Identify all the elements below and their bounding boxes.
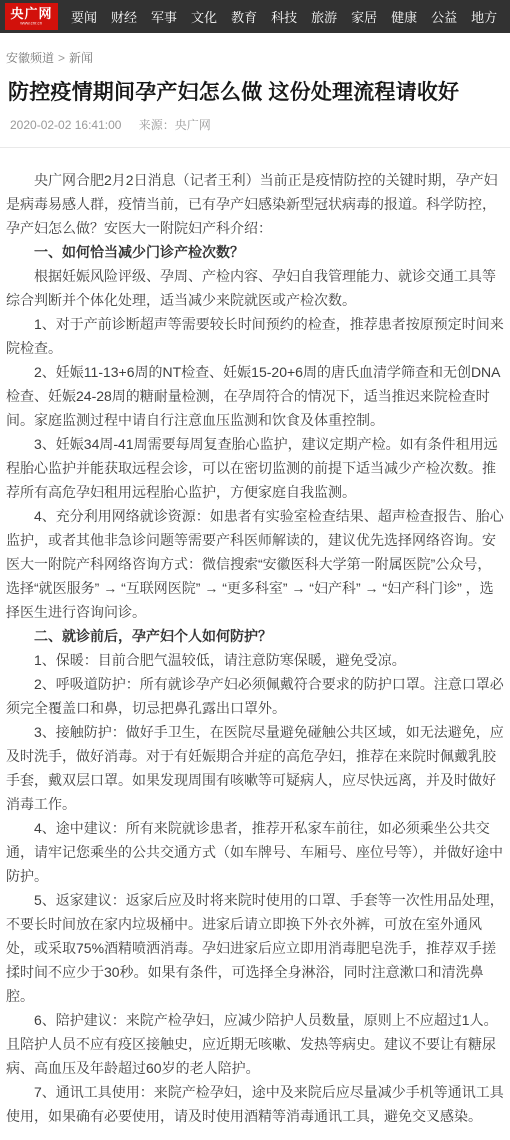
breadcrumb-separator: > xyxy=(58,51,65,65)
title-divider xyxy=(0,147,510,148)
article-paragraph: 央广网合肥2月2日消息（记者王利）当前正是疫情防控的关键时期，孕产妇是病毒易感人… xyxy=(6,168,504,240)
top-nav-bar: 央广网 www.cnr.cn 要闻财经军事文化教育科技旅游家居健康公益地方民族 xyxy=(0,0,510,33)
site-logo[interactable]: 央广网 www.cnr.cn xyxy=(5,3,58,30)
article-paragraph: 5、返家建议：返家后应及时将来院时使用的口罩、手套等一次性用品处理，不要长时间放… xyxy=(6,888,504,1008)
site-logo-url: www.cnr.cn xyxy=(21,21,43,25)
nav-item-1[interactable]: 要闻 xyxy=(71,7,97,26)
section-heading: 一、如何恰当减少门诊产检次数？ xyxy=(6,240,504,264)
breadcrumb-section[interactable]: 新闻 xyxy=(69,51,93,65)
article-paragraph: 2、妊娠11-13+6周的NT检查、妊娠15-20+6周的唐氏血清学筛查和无创D… xyxy=(6,360,504,432)
article-title: 防控疫情期间孕产妇怎么做 这份处理流程请收好 xyxy=(8,79,502,107)
nav-item-8[interactable]: 家居 xyxy=(351,7,377,26)
nav-item-10[interactable]: 公益 xyxy=(431,7,457,26)
nav-item-11[interactable]: 地方 xyxy=(471,7,497,26)
article-meta: 2020-02-02 16:41:00 来源：央广网 xyxy=(10,116,510,133)
article-paragraph: 1、对于产前诊断超声等需要较长时间预约的检查，推荐患者按原预定时间来院检查。 xyxy=(6,312,504,360)
article-paragraph: 根据妊娠风险评级、孕周、产检内容、孕妇自我管理能力、就诊交通工具等综合判断并个体… xyxy=(6,264,504,312)
site-logo-text: 央广网 xyxy=(10,7,52,21)
article-body: 央广网合肥2月2日消息（记者王利）当前正是疫情防控的关键时期，孕产妇是病毒易感人… xyxy=(0,156,510,1140)
breadcrumb-channel[interactable]: 安徽频道 xyxy=(6,51,54,65)
article-date: 2020-02-02 16:41:00 xyxy=(10,118,121,132)
article-paragraph: 4、充分利用网络就诊资源：如患者有实验室检查结果、超声检查报告、胎心监护，或者其… xyxy=(6,504,504,624)
article-paragraph: 2、呼吸道防护：所有就诊孕产妇必须佩戴符合要求的防护口罩。注意口罩必须完全覆盖口… xyxy=(6,672,504,720)
section-heading: 二、就诊前后，孕产妇个人如何防护？ xyxy=(6,624,504,648)
article-source: 来源：央广网 xyxy=(139,118,211,132)
article-paragraph: 7、通讯工具使用：来院产检孕妇，途中及来院后应尽量减少手机等通讯工具使用，如果确… xyxy=(6,1080,504,1128)
nav-item-4[interactable]: 文化 xyxy=(191,7,217,26)
article-paragraph: 1、保暖：目前合肥气温较低，请注意防寒保暖，避免受凉。 xyxy=(6,648,504,672)
nav-item-9[interactable]: 健康 xyxy=(391,7,417,26)
breadcrumb: 安徽频道>新闻 xyxy=(6,49,510,66)
nav-item-7[interactable]: 旅游 xyxy=(311,7,337,26)
nav-item-6[interactable]: 科技 xyxy=(271,7,297,26)
article-paragraph: 3、妊娠34周-41周需要每周复查胎心监护，建议定期产检。如有条件租用远程胎心监… xyxy=(6,432,504,504)
article-paragraph: 3、接触防护：做好手卫生，在医院尽量避免碰触公共区域，如无法避免，应及时洗手，做… xyxy=(6,720,504,816)
article-paragraph: 6、陪护建议：来院产检孕妇，应减少陪护人员数量，原则上不应超过1人。且陪护人员不… xyxy=(6,1008,504,1080)
main-nav: 要闻财经军事文化教育科技旅游家居健康公益地方民族 xyxy=(71,7,510,26)
nav-item-5[interactable]: 教育 xyxy=(231,7,257,26)
nav-item-2[interactable]: 财经 xyxy=(111,7,137,26)
nav-item-3[interactable]: 军事 xyxy=(151,7,177,26)
article-paragraph: 4、途中建议：所有来院就诊患者，推荐开私家车前往，如必须乘坐公共交通，请牢记您乘… xyxy=(6,816,504,888)
